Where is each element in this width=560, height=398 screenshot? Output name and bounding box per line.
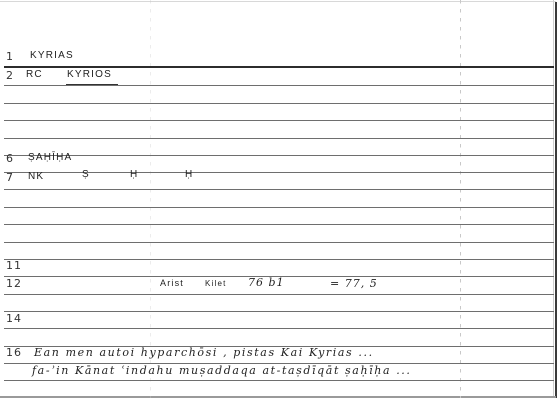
line-number: 1 <box>6 50 14 63</box>
fold-mark-2 <box>150 0 151 398</box>
line-number: 2 <box>6 69 14 82</box>
line-1-text: KYRIAS <box>30 50 74 61</box>
line-number: 14 <box>6 312 22 325</box>
rule-15 <box>4 311 554 312</box>
line-6-text: ṢAḤĪḤA <box>28 152 72 163</box>
lined-sheet: 1 KYRIAS 2 RC KYRIOS 6 ṢAḤĪḤA 7 NK Ṣ Ḥ Ḥ… <box>0 0 560 398</box>
top-edge <box>0 1 556 2</box>
rule-9 <box>4 207 554 208</box>
line-number: 11 <box>6 259 22 272</box>
rule-16 <box>4 328 554 329</box>
reference-label: Arist <box>160 278 184 288</box>
rule-4 <box>4 120 554 121</box>
line-2-siglum: RC <box>26 69 43 80</box>
rule-1 <box>4 66 554 68</box>
line-7-var-3: Ḥ <box>185 169 193 180</box>
line-number: 12 <box>6 277 22 290</box>
rule-14 <box>4 294 554 295</box>
fold-mark <box>460 0 461 398</box>
rule-2 <box>4 85 554 86</box>
line-7-var-2: Ḥ <box>130 169 138 180</box>
rule-11 <box>4 242 554 243</box>
rule-8 <box>4 189 554 190</box>
rule-6 <box>4 155 554 156</box>
rule-12 <box>4 259 554 260</box>
line-2-text: KYRIOS <box>67 69 112 80</box>
line-number: 6 <box>6 152 14 165</box>
underline <box>66 84 118 85</box>
greek-transliteration: Ean men autoi hyparchōsi , pistas Kai Ky… <box>34 346 374 359</box>
rule-19 <box>4 380 554 381</box>
rule-3 <box>4 103 554 104</box>
rule-10 <box>4 224 554 225</box>
rule-5 <box>4 138 554 139</box>
reference-label-2: Kilet <box>205 279 227 288</box>
reference-value: 76 b1 <box>248 276 285 289</box>
line-7-siglum: NK <box>28 171 44 182</box>
right-edge-shadow <box>553 0 554 398</box>
line-number: 7 <box>6 171 14 184</box>
line-7-var-1: Ṣ <box>82 169 90 180</box>
arabic-transliteration: fa-ʾin Kānat ʿindahu muṣaddaqa at-taṣdīq… <box>32 364 412 377</box>
reference-equiv: = 77, 5 <box>330 277 378 290</box>
right-edge <box>555 2 557 398</box>
line-number: 16 <box>6 346 22 359</box>
